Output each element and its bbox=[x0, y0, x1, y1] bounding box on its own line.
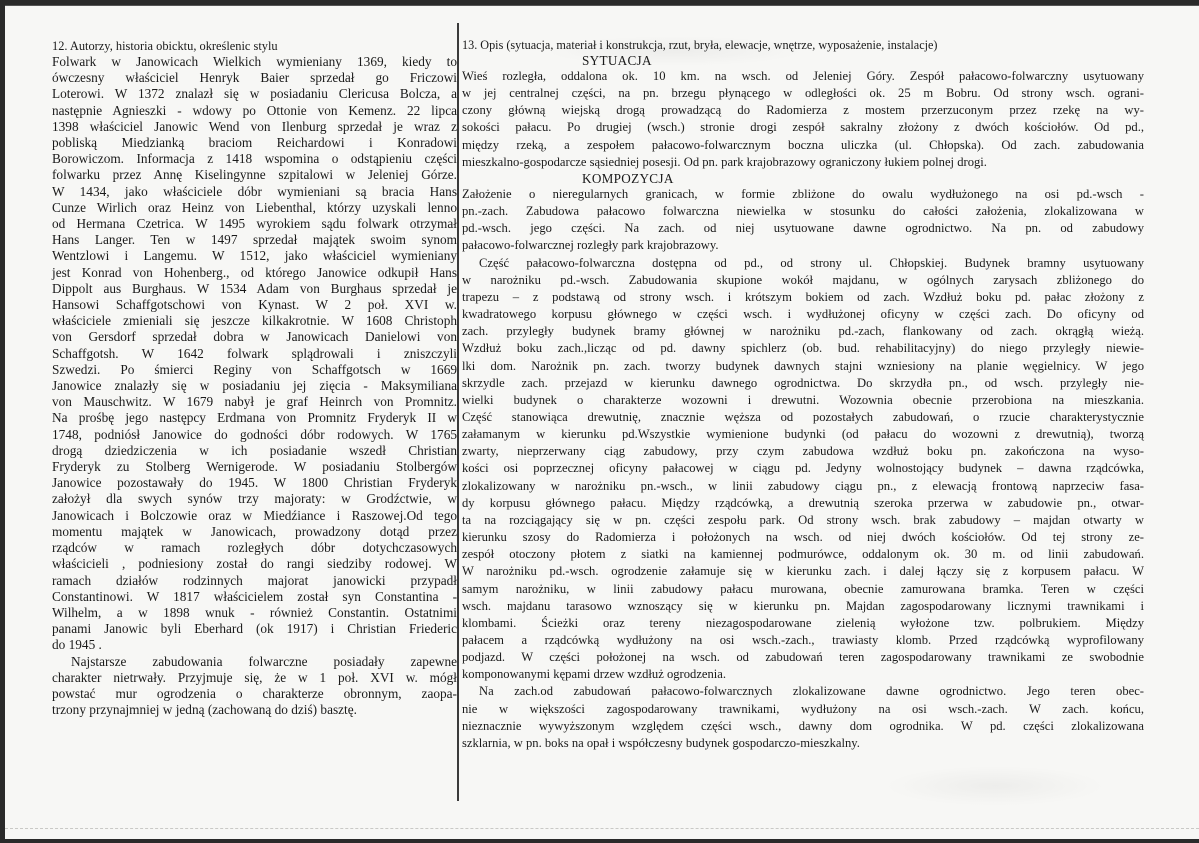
text-line: ramach działów rodzinnych majorat janowi… bbox=[52, 573, 457, 589]
document-page: 12. Autorzy, historia obicktu, określeni… bbox=[5, 6, 1199, 839]
text-line: W narożniku pd.-wsch. ogrodzenie załamuj… bbox=[462, 563, 1144, 580]
text-line: do 1945 . bbox=[52, 637, 457, 653]
text-line: komponowanymi kępami drzew wzdłuż ogrodz… bbox=[462, 666, 1144, 683]
text-line: Loterowi. W 1372 znalazł się w posiadani… bbox=[52, 86, 457, 102]
text-line: mieszkalno-gospodarcze sąsiedniej posesj… bbox=[462, 154, 1144, 171]
text-line: lki dom. Narożnik pn. zach. tworzy budyn… bbox=[462, 358, 1144, 375]
history-column: 12. Autorzy, historia obicktu, określeni… bbox=[52, 38, 457, 718]
text-line: zespół otoczony płotem z siatki na kamie… bbox=[462, 546, 1144, 563]
text-line: zach. przyległy budynek bramy głównej w … bbox=[462, 323, 1144, 340]
text-line: od Hermana Czetrica. W 1495 wyrokiem sąd… bbox=[52, 216, 457, 232]
text-line: 1748, podniósł Janowice do godności dóbr… bbox=[52, 427, 457, 443]
text-line: kwadratowego korpusu głównego w części w… bbox=[462, 306, 1144, 323]
text-line: Hansowi Schaffgotschowi von Kynast. W 2 … bbox=[52, 297, 457, 313]
text-line: ówczesny właściciel Henryk Baier sprzeda… bbox=[52, 70, 457, 86]
text-line: powstać mur ogrodzenia o charakterze obr… bbox=[52, 686, 457, 702]
text-line: wielki budynek o charakterze wozowni i d… bbox=[462, 392, 1144, 409]
description-column: 13. Opis (sytuacja, materiał i konstrukc… bbox=[462, 38, 1144, 752]
text-line: W 1434, jako właściciele dóbr wymieniani… bbox=[52, 184, 457, 200]
text-line: von Mauschwitz. W 1679 nabył je graf Hei… bbox=[52, 394, 457, 410]
text-line: Najstarsze zabudowania folwarczne posiad… bbox=[52, 654, 457, 670]
text-line: Część pałacowo-folwarczna dostępna od pd… bbox=[462, 255, 1144, 272]
text-line: pd.-wsch. jego części. Na zach. od niej … bbox=[462, 220, 1144, 237]
text-line: czony główną wiejską drogą prowadzącą do… bbox=[462, 102, 1144, 119]
text-line: pałacowo-folwarcznej rozległy park krajo… bbox=[462, 237, 1144, 254]
text-line: jest Konrad von Hohenberg., od którego J… bbox=[52, 265, 457, 281]
text-line: nieznacznie wywyższonym względem części … bbox=[462, 718, 1144, 735]
description-sections: SYTUACJAWieś rozległa, oddalona ok. 10 k… bbox=[462, 53, 1144, 752]
text-line: Wentzlowi i Langemu. W 1512, jako właści… bbox=[52, 248, 457, 264]
text-line: szklarnia, w pn. boks na opał i współcze… bbox=[462, 735, 1144, 752]
paragraph: Założenie o nieregularnych granicach, w … bbox=[462, 186, 1144, 255]
text-line: kości osi poprzecznej oficyny pałacowej … bbox=[462, 460, 1144, 477]
text-line: 1398 właściciel Janowic Wend von Ilenbur… bbox=[52, 119, 457, 135]
text-line: pobliską Miedzianką braciom Reichardowi … bbox=[52, 135, 457, 151]
text-line: następnie Agnieszki - wdowy po Ottonie v… bbox=[52, 103, 457, 119]
text-line: momentu majątek w Janowicach, prowadzony… bbox=[52, 524, 457, 540]
text-line: Wilhelm, a w 1898 wnuk - również Constan… bbox=[52, 605, 457, 621]
section-subheading: KOMPOZYCJA bbox=[462, 171, 1144, 186]
text-line: Na zach.od zabudowań pałacowo-folwarczny… bbox=[462, 683, 1144, 700]
paragraph: Na zach.od zabudowań pałacowo-folwarczny… bbox=[462, 683, 1144, 752]
text-line: sokości pałacu. Po drugiej (wsch.) stron… bbox=[462, 119, 1144, 136]
text-line: Wieś rozległa, oddalona ok. 10 km. na ws… bbox=[462, 68, 1144, 85]
section-sytuacja: SYTUACJAWieś rozległa, oddalona ok. 10 k… bbox=[462, 53, 1144, 171]
text-line: zlokalizowany w narożniku pn.-wsch., w l… bbox=[462, 478, 1144, 495]
text-line: trapezu – z podstawą od strony wsch. i k… bbox=[462, 289, 1144, 306]
text-line: Na prośbę jego następcy Erdmana von Prom… bbox=[52, 410, 457, 426]
history-paragraph-1: Folwark w Janowicach Wielkich wymieniany… bbox=[52, 54, 457, 654]
text-line: w jej centralnej części, na pn. brzegu p… bbox=[462, 85, 1144, 102]
text-line: między rzeką, a zespołem pałacowo-folwar… bbox=[462, 137, 1144, 154]
text-line: Wzdłuż boku zach.,licząc od pd. dawny sp… bbox=[462, 340, 1144, 357]
text-line: Cunze Wirlich oraz Heinz von Liebenthal,… bbox=[52, 200, 457, 216]
text-line: drogą dziedziczenia w ich posiadanie wsz… bbox=[52, 443, 457, 459]
text-line: Fryderyk zu Stolberg Wernigerode. W posi… bbox=[52, 459, 457, 475]
text-line: Constantinowi. W 1817 właścicielem zosta… bbox=[52, 589, 457, 605]
text-line: Janowice znalazły się w posiadaniu jej z… bbox=[52, 378, 457, 394]
scanned-page: 12. Autorzy, historia obicktu, określeni… bbox=[5, 5, 1199, 839]
text-line: trzony przynajmniej w jedną (zachowaną d… bbox=[52, 702, 457, 718]
text-line: kierunku szosy do Radomierza i położonyc… bbox=[462, 529, 1144, 546]
text-line: załamanym w kierunku pd.Wszystkie wymien… bbox=[462, 426, 1144, 443]
text-line: Część stanowiąca drewutnię, znacznie węż… bbox=[462, 409, 1144, 426]
text-line: pn.-zach. Zabudowa pałacowo folwarczna n… bbox=[462, 203, 1144, 220]
text-line: Dippolt aus Burghaus. W 1534 Adam von Bu… bbox=[52, 281, 457, 297]
text-line: klombami. Ścieżki oraz tereny niezagospo… bbox=[462, 615, 1144, 632]
text-line: folwarku przez Annę Kiselingynne szpital… bbox=[52, 167, 457, 183]
text-line: założył dla swych synów trzy majoraty: w… bbox=[52, 491, 457, 507]
section-subheading: SYTUACJA bbox=[462, 53, 1144, 68]
text-line: pałacem a rządcówką wydłużony na osi wsc… bbox=[462, 632, 1144, 649]
section-kompozycja: KOMPOZYCJAZałożenie o nieregularnych gra… bbox=[462, 171, 1144, 752]
history-paragraph-2: Najstarsze zabudowania folwarczne posiad… bbox=[52, 654, 457, 719]
text-line: Hans Langer. Ten w 1497 sprzedał majątek… bbox=[52, 232, 457, 248]
text-line: właścicieli , podniesiony został do rang… bbox=[52, 556, 457, 572]
text-line: skrzydle zach. przejazd w kierunku dawne… bbox=[462, 375, 1144, 392]
paragraph: Część pałacowo-folwarczna dostępna od pd… bbox=[462, 255, 1144, 684]
text-line: nie w większości zagospodarowany trawnik… bbox=[462, 701, 1144, 718]
text-line: Janowicach i Bolczowie oraz w Miedźiance… bbox=[52, 508, 457, 524]
text-line: rządców w ramach rozległych dóbr dotychc… bbox=[52, 540, 457, 556]
section-heading-description: 13. Opis (sytuacja, materiał i konstrukc… bbox=[462, 38, 1144, 53]
section-heading-history: 12. Autorzy, historia obicktu, określeni… bbox=[52, 38, 457, 54]
text-line: samym narożniku, w linii zabudowy pałacu… bbox=[462, 581, 1144, 598]
text-line: von Gersdorf sprzedał dobra w Janowicach… bbox=[52, 329, 457, 345]
text-line: panami Janowic byli Eberhard (ok 1917) i… bbox=[52, 621, 457, 637]
text-line: właściciele zmieniali się jeszcze kilkak… bbox=[52, 313, 457, 329]
text-line: w narożniku pd.-wsch. Zabudowania skupio… bbox=[462, 272, 1144, 289]
text-line: Borowiczom. Informacja z 1418 wspomina o… bbox=[52, 151, 457, 167]
text-line: podjazd. W części położonej na wsch. od … bbox=[462, 649, 1144, 666]
text-line: zwarty, nieprzerwany ciąg zabudowy, przy… bbox=[462, 443, 1144, 460]
text-line: Schaffgotsh. W 1642 folwark splądrowali … bbox=[52, 346, 457, 362]
text-line: charakter nietrwały. Przyjmuje się, że w… bbox=[52, 670, 457, 686]
paragraph: Wieś rozległa, oddalona ok. 10 km. na ws… bbox=[462, 68, 1144, 171]
text-line: wsch. majdanu tarasowo wznoszący się w k… bbox=[462, 598, 1144, 615]
text-line: Szwedzi. Po śmierci Reginy von Schaffgot… bbox=[52, 362, 457, 378]
column-divider bbox=[457, 23, 459, 801]
text-line: ta na rozciągający się w pn. części zesp… bbox=[462, 512, 1144, 529]
text-line: dy korpusu głównego pałacu. Między rządc… bbox=[462, 495, 1144, 512]
text-line: Janowice pozostawały do 1945. W 1800 Chr… bbox=[52, 475, 457, 491]
text-line: Założenie o nieregularnych granicach, w … bbox=[462, 186, 1144, 203]
text-line: Folwark w Janowicach Wielkich wymieniany… bbox=[52, 54, 457, 70]
